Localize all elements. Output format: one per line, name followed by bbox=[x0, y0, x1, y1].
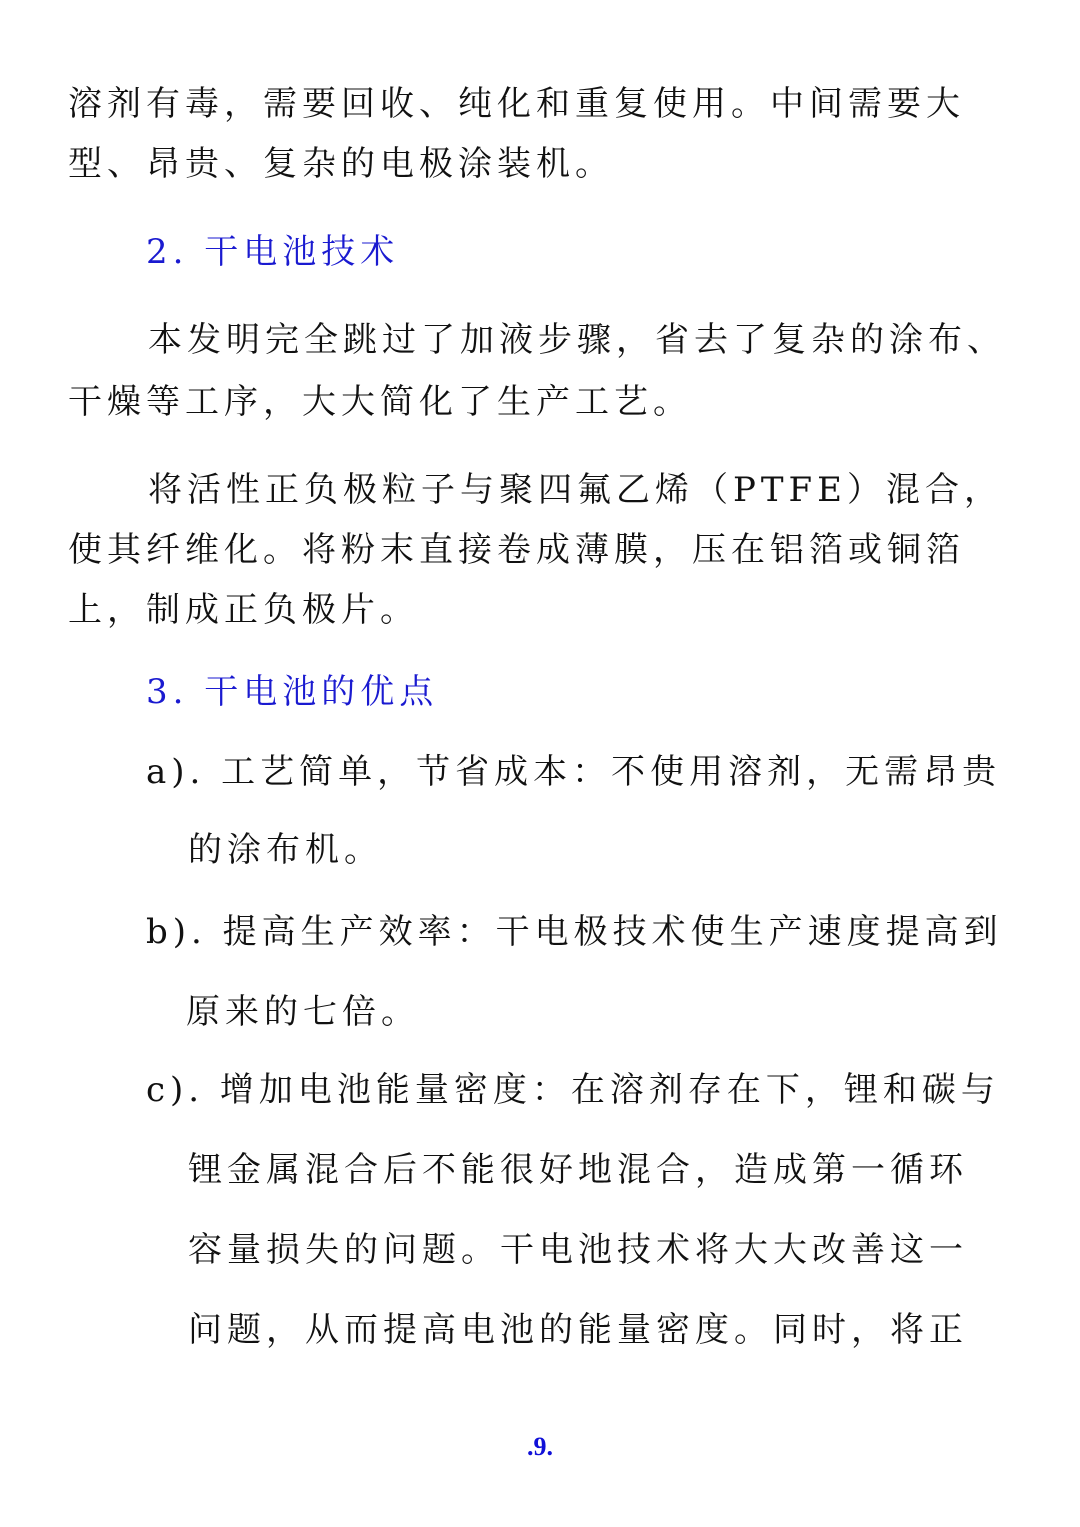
page-number: .9. bbox=[0, 1432, 1080, 1462]
text-line: 溶剂有毒，需要回收、纯化和重复使用。中间需要大 bbox=[68, 84, 965, 124]
text-line: 问题，从而提高电池的能量密度。同时，将正 bbox=[188, 1310, 968, 1350]
text-line: 容量损失的问题。干电池技术将大大改善这一 bbox=[188, 1230, 968, 1270]
text-line: 上，制成正负极片。 bbox=[68, 590, 419, 630]
section-heading-dry-battery-technology: 2. 干电池技术 bbox=[146, 232, 399, 272]
document-page: 溶剂有毒，需要回收、纯化和重复使用。中间需要大 型、昂贵、复杂的电极涂装机。 2… bbox=[0, 0, 1080, 1527]
text-line: 的涂布机。 bbox=[188, 830, 383, 870]
text-line: c). 增加电池能量密度：在溶剂存在下，锂和碳与 bbox=[146, 1070, 1000, 1110]
text-line: 锂金属混合后不能很好地混合，造成第一循环 bbox=[188, 1150, 968, 1190]
text-line: 将活性正负极粒子与聚四氟乙烯（PTFE）混合， bbox=[148, 470, 1003, 510]
text-line: 使其纤维化。将粉末直接卷成薄膜，压在铝箔或铜箔 bbox=[68, 530, 965, 570]
section-heading-dry-battery-advantages: 3. 干电池的优点 bbox=[146, 672, 438, 712]
text-line: a). 工艺简单，节省成本：不使用溶剂，无需昂贵 bbox=[146, 752, 1001, 792]
text-line: 干燥等工序，大大简化了生产工艺。 bbox=[68, 382, 692, 422]
text-line: b). 提高生产效率：干电极技术使生产速度提高到 bbox=[146, 912, 1003, 952]
text-line: 型、昂贵、复杂的电极涂装机。 bbox=[68, 144, 614, 184]
text-line: 原来的七倍。 bbox=[186, 992, 420, 1032]
text-line: 本发明完全跳过了加液步骤，省去了复杂的涂布、 bbox=[148, 320, 1006, 360]
